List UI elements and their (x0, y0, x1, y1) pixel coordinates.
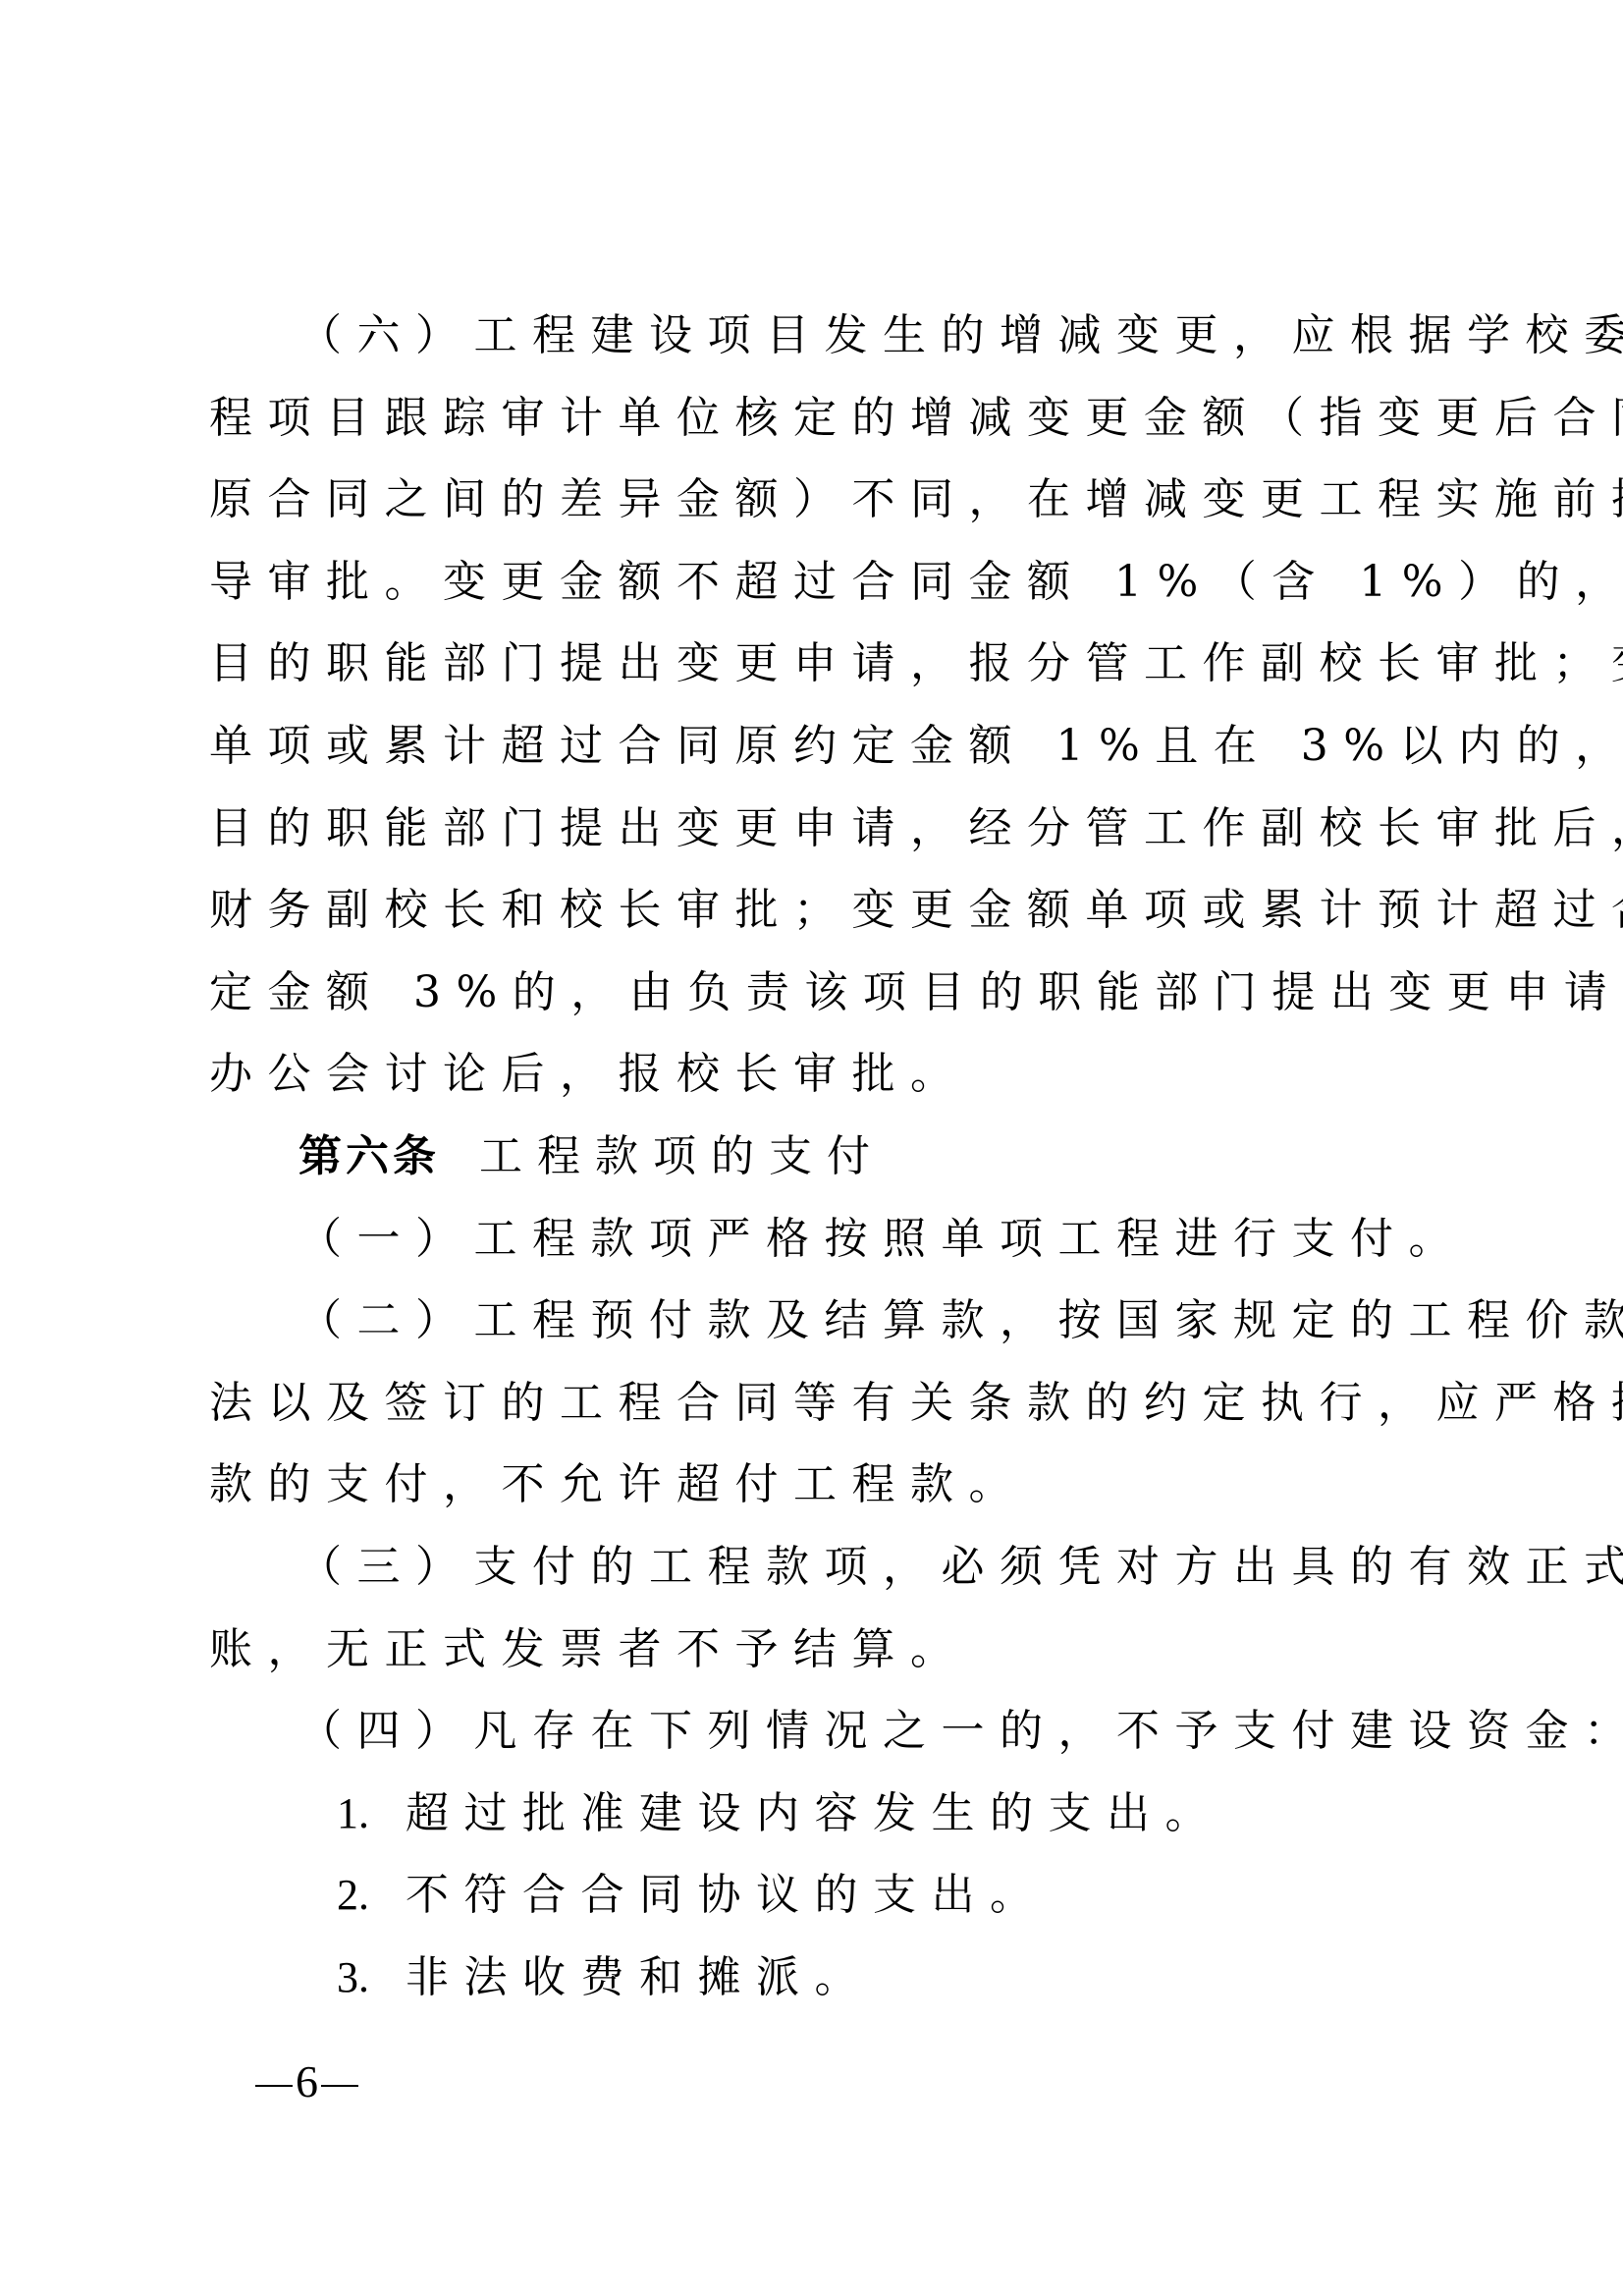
paragraph-line: （二）工程预付款及结算款，按国家规定的工程价款结算办 (209, 1280, 1417, 1362)
paragraph-line: 财务副校长和校长审批；变更金额单项或累计预计超过合同原约 (209, 869, 1417, 952)
item-4: （四）凡存在下列情况之一的，不予支付建设资金： 1.超过批准建设内容发生的支出。… (209, 1690, 1417, 2018)
page-number-value: 6 (296, 2056, 318, 2106)
list-text: 超过批准建设内容发生的支出。 (406, 1788, 1223, 1838)
paragraph-6: （六）工程建设项目发生的增减变更，应根据学校委托的工 程项目跟踪审计单位核定的增… (209, 295, 1417, 1116)
list-number: 3. (337, 1937, 406, 2019)
list-text: 非法收费和摊派。 (406, 1952, 873, 2002)
item-1: （一）工程款项严格按照单项工程进行支付。 (209, 1198, 1417, 1281)
paragraph-line: 单项或累计超过合同原约定金额 1%且在 3%以内的，由负责该项 (209, 705, 1417, 788)
article-heading: 第六条工程款项的支付 (209, 1116, 1417, 1198)
paragraph-line: （一）工程款项严格按照单项工程进行支付。 (209, 1198, 1417, 1281)
paragraph-line: 定金额 3%的，由负责该项目的职能部门提出变更申请，提交校长 (209, 952, 1417, 1034)
paragraph-line: （六）工程建设项目发生的增减变更，应根据学校委托的工 (209, 295, 1417, 377)
paragraph-line: 账，无正式发票者不予结算。 (209, 1609, 1417, 1691)
article-title: 工程款项的支付 (479, 1131, 885, 1181)
paragraph-line: 程项目跟踪审计单位核定的增减变更金额（指变更后合同总价与 (209, 377, 1417, 460)
dash-left (255, 2085, 293, 2087)
paragraph-line: 导审批。变更金额不超过合同金额 1%（含 1%）的，由负责该项 (209, 541, 1417, 624)
paragraph-line: 法以及签订的工程合同等有关条款的约定执行，应严格控制进度 (209, 1362, 1417, 1445)
paragraph-line: 原合同之间的差异金额）不同，在增减变更工程实施前报相关领 (209, 459, 1417, 541)
paragraph-line: 目的职能部门提出变更申请，报分管工作副校长审批；变更金额 (209, 623, 1417, 705)
page-number: 6 (252, 2057, 361, 2106)
paragraph-line: 款的支付，不允许超付工程款。 (209, 1444, 1417, 1526)
list-number: 1. (337, 1773, 406, 1855)
article-label: 第六条 (298, 1131, 440, 1181)
paragraph-line: （四）凡存在下列情况之一的，不予支付建设资金： (209, 1690, 1417, 1773)
item-3: （三）支付的工程款项，必须凭对方出具的有效正式发票入 账，无正式发票者不予结算。 (209, 1526, 1417, 1690)
paragraph-line: （三）支付的工程款项，必须凭对方出具的有效正式发票入 (209, 1526, 1417, 1609)
list-item: 1.超过批准建设内容发生的支出。 (209, 1773, 1417, 1855)
list-text: 不符合合同协议的支出。 (406, 1870, 1049, 1920)
dash-right (321, 2085, 358, 2087)
list-number: 2. (337, 1854, 406, 1937)
list-item: 2.不符合合同协议的支出。 (209, 1854, 1417, 1937)
paragraph-line: 目的职能部门提出变更申请，经分管工作副校长审批后，报分管 (209, 788, 1417, 870)
list-item: 3.非法收费和摊派。 (209, 1937, 1417, 2019)
item-2: （二）工程预付款及结算款，按国家规定的工程价款结算办 法以及签订的工程合同等有关… (209, 1280, 1417, 1526)
paragraph-line: 办公会讨论后，报校长审批。 (209, 1033, 1417, 1116)
document-page: （六）工程建设项目发生的增减变更，应根据学校委托的工 程项目跟踪审计单位核定的增… (209, 295, 1417, 2018)
